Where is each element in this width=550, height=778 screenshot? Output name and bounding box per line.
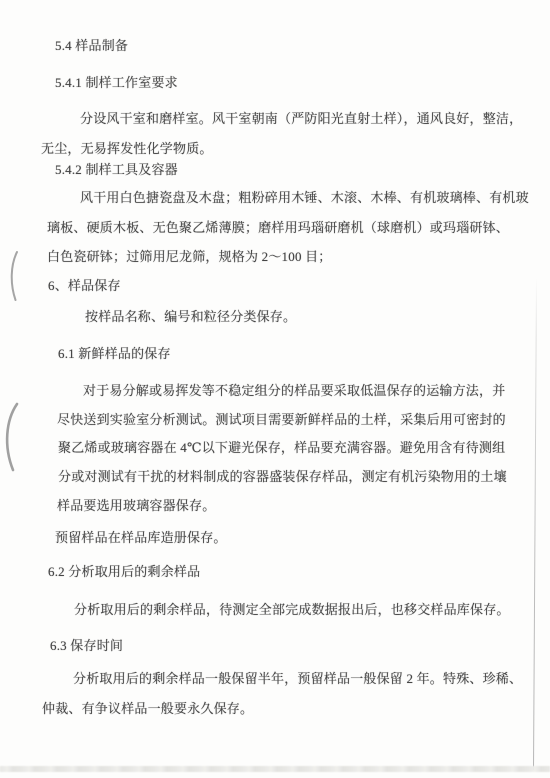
- paragraph-line: 分或对测试有干扰的材料制成的容器盛装保存样品，测定有机污染物用的土壤: [58, 469, 507, 485]
- heading-5-4: 5.4 样品制备: [55, 38, 128, 54]
- paragraph-line: 无尘，无易挥发性化学物质。: [41, 141, 213, 157]
- paragraph-line: 预留样品在样品库造册保存。: [55, 530, 227, 546]
- paragraph-line: 璃板、硬质木板、无色聚乙烯薄膜；磨样用玛瑙研磨机（球磨机）或玛瑙研钵、: [47, 220, 509, 236]
- paragraph-line: 风干用白色搪瓷盘及木盘；粗粉碎用木锤、木滚、木棒、有机玻璃棒、有机玻: [80, 190, 529, 206]
- paragraph-line: 仲裁、有争议样品一般要永久保存。: [42, 701, 253, 717]
- scanned-document-page: 5.4 样品制备 5.4.1 制样工作室要求 分设风干室和磨样室。风干室朝南（严…: [0, 0, 550, 778]
- scanner-bottom-edge-band: [0, 766, 550, 772]
- paragraph-line: 样品要选用玻璃容器保存。: [57, 498, 215, 514]
- heading-6-2: 6.2 分析取用后的剩余样品: [48, 564, 200, 580]
- paragraph-line: 按样品名称、编号和粒径分类保存。: [85, 309, 296, 325]
- heading-6-1: 6.1 新鲜样品的保存: [58, 346, 171, 362]
- heading-6: 6、样品保存: [48, 278, 121, 294]
- page-edge-crease-line: [533, 278, 537, 770]
- scan-crease-mark-lower: [1, 402, 21, 472]
- paragraph-line: 白色瓷研钵；过筛用尼龙筛，规格为 2～100 目；: [47, 249, 332, 265]
- scan-crease-mark-upper: [6, 250, 22, 302]
- heading-5-4-2: 5.4.2 制样工具及容器: [55, 162, 178, 178]
- heading-5-4-1: 5.4.1 制样工作室要求: [55, 75, 178, 91]
- paragraph-line: 分析取用后的剩余样品一般保留半年，预留样品一般保留 2 年。特殊、珍稀、: [73, 671, 522, 687]
- heading-6-3: 6.3 保存时间: [50, 638, 123, 654]
- paragraph-line: 尽快送到实验室分析测试。测试项目需要新鲜样品的土样，采集后用可密封的: [57, 412, 506, 428]
- paragraph-line: 对于易分解或易挥发等不稳定组分的样品要采取低温保存的运输方法，并: [83, 383, 505, 399]
- paragraph-line: 分设风干室和磨样室。风干室朝南（严防阳光直射土样），通风良好，整洁，: [80, 111, 522, 127]
- paragraph-line: 聚乙烯或玻璃容器在 4℃以下避光保存，样品要充满容器。避免用含有待测组: [58, 440, 505, 456]
- paragraph-line: 分析取用后的剩余样品，待测定全部完成数据报出后，也移交样品库保存。: [74, 602, 510, 618]
